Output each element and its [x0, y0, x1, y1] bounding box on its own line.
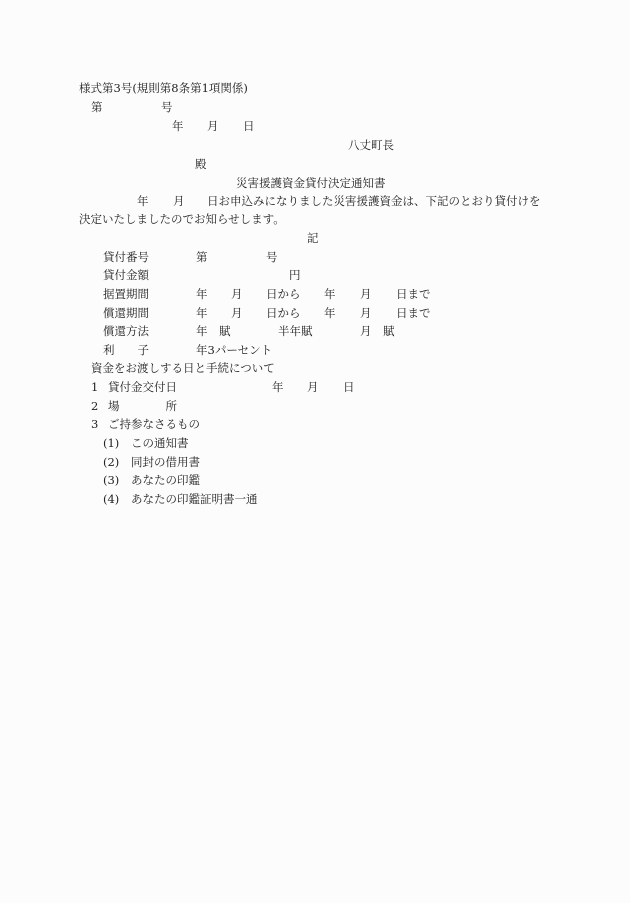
repayment-m1: 月: [231, 306, 243, 320]
repayment-monthly: 月 賦: [360, 324, 395, 338]
deferment-m2: 月: [360, 287, 372, 301]
number-prefix: 第: [91, 100, 103, 114]
bring-item-1-num: (1): [103, 436, 119, 450]
body-year: 年: [137, 194, 149, 208]
deferment-y2: 年: [324, 287, 336, 301]
procedure-heading: 資金をお渡しする日と手続について: [91, 361, 275, 375]
deferment-m1: 月: [231, 287, 243, 301]
deferment-d2: 日まで: [396, 287, 431, 301]
bring-item-4-text: あなたの印鑑証明書一通: [131, 492, 258, 506]
loan-number-suffix: 号: [266, 250, 278, 264]
bring-item-4-num: (4): [103, 492, 119, 506]
date-year: 年: [172, 119, 184, 133]
bring-item-2-text: 同封の借用書: [131, 455, 200, 469]
loan-amount-label: 貸付金額: [103, 268, 149, 282]
bring-item-2-num: (2): [103, 455, 119, 469]
loan-amount-unit: 円: [289, 268, 301, 282]
addressee-honorific: 殿: [195, 157, 207, 171]
repayment-annual: 年 賦: [196, 324, 231, 338]
repayment-method-label: 償還方法: [103, 324, 149, 338]
procedure-item2-label: 場 所: [108, 399, 177, 413]
loan-number-prefix: 第: [196, 250, 208, 264]
deferment-d1: 日から: [266, 287, 301, 301]
repayment-y1: 年: [196, 306, 208, 320]
body-line2: 決定いたしましたのでお知らせします。: [79, 212, 285, 226]
interest-value: 年3パーセント: [196, 343, 272, 357]
body-line1: 日お申込みになりました災害援護資金は、下記のとおり貸付けを: [207, 194, 541, 208]
interest-label: 利 子: [103, 343, 149, 357]
bring-item-1-text: この通知書: [131, 436, 189, 450]
repayment-d1: 日から: [266, 306, 301, 320]
repayment-period-label: 償還期間: [103, 306, 149, 320]
date-month: 月: [207, 119, 219, 133]
procedure-item1-month: 月: [307, 380, 319, 394]
body-month: 月: [173, 194, 185, 208]
deferment-y1: 年: [196, 287, 208, 301]
number-suffix: 号: [161, 100, 173, 114]
procedure-item1-label: 貸付金交付日: [108, 380, 177, 394]
procedure-item1-num: 1: [91, 380, 98, 394]
deferment-label: 据置期間: [103, 287, 149, 301]
ki-heading: 記: [307, 231, 319, 245]
repayment-semiannual: 半年賦: [278, 324, 313, 338]
procedure-item3-num: 3: [91, 417, 98, 431]
bring-item-3-text: あなたの印鑑: [131, 473, 200, 487]
repayment-m2: 月: [360, 306, 372, 320]
repayment-d2: 日まで: [396, 306, 431, 320]
procedure-item1-day: 日: [343, 380, 355, 394]
procedure-item3-label: ご持参なさるもの: [108, 417, 200, 431]
document-title: 災害援護資金貸付決定通知書: [236, 176, 386, 190]
procedure-item2-num: 2: [91, 399, 98, 413]
procedure-item1-year: 年: [272, 380, 284, 394]
form-label: 様式第3号(規則第8条第1項関係): [79, 81, 248, 95]
date-day: 日: [243, 119, 255, 133]
bring-item-3-num: (3): [103, 473, 119, 487]
sender: 八丈町長: [348, 138, 394, 152]
repayment-y2: 年: [324, 306, 336, 320]
loan-number-label: 貸付番号: [103, 250, 149, 264]
